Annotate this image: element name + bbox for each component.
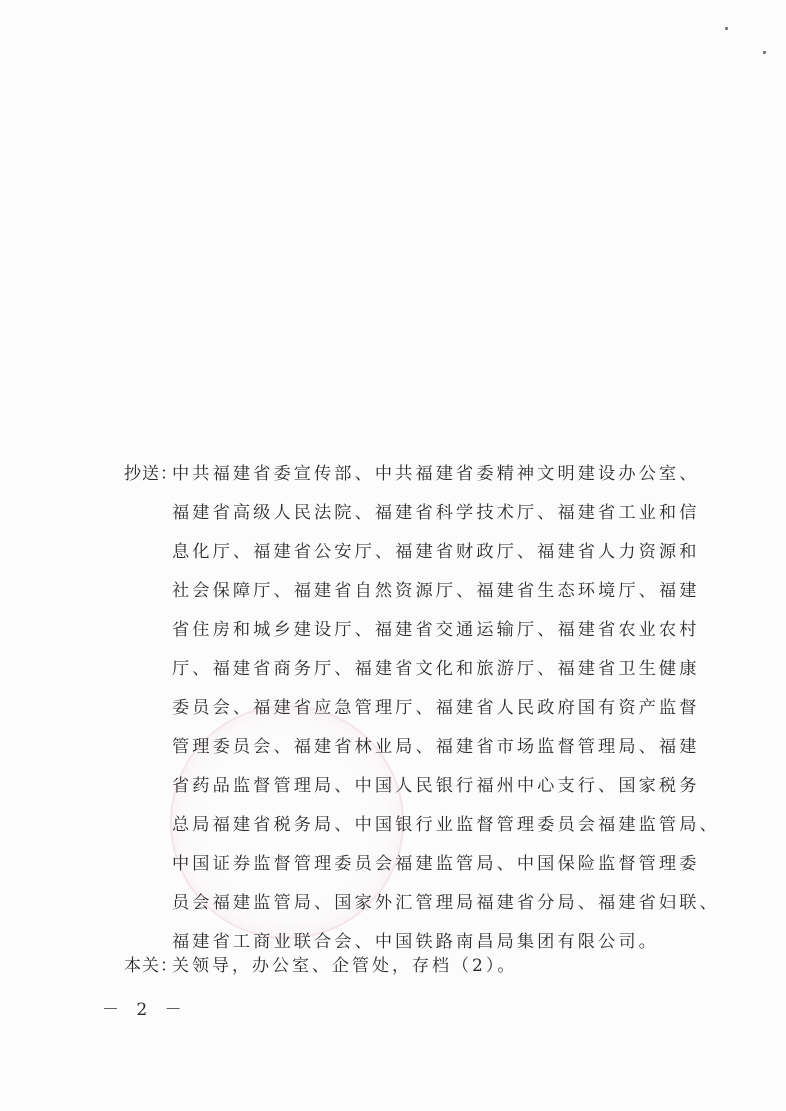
cc-line: 中国证券监督管理委员会福建监管局、中国保险监督管理委 bbox=[172, 845, 720, 884]
cc-line: 总局福建省税务局、中国银行业监督管理委员会福建监管局、 bbox=[172, 806, 720, 845]
cc-line: 省住房和城乡建设厅、福建省交通运输厅、福建省农业农村 bbox=[172, 611, 720, 650]
cc-line: 息化厅、福建省公安厅、福建省财政厅、福建省人力资源和 bbox=[172, 533, 720, 572]
internal-distribution: 本关： 关领导，办公室、企管处，存档（2）。 bbox=[124, 947, 517, 986]
cc-section: 抄送： 中共福建省委宣传部、中共福建省委精神文明建设办公室、 福建省高级人民法院… bbox=[124, 455, 694, 962]
page-number: － 2 － bbox=[102, 995, 188, 1025]
cc-line: 省药品监督管理局、中国人民银行福州中心支行、国家税务 bbox=[172, 767, 720, 806]
document-page: 抄送： 中共福建省委宣传部、中共福建省委精神文明建设办公室、 福建省高级人民法院… bbox=[0, 0, 786, 1111]
internal-value: 关领导，办公室、企管处，存档（2）。 bbox=[172, 947, 517, 986]
cc-label: 抄送： bbox=[124, 455, 172, 494]
cc-line: 员会福建监管局、国家外汇管理局福建省分局、福建省妇联、 bbox=[172, 884, 720, 923]
cc-line: 福建省高级人民法院、福建省科学技术厅、福建省工业和信 bbox=[172, 494, 720, 533]
cc-recipient-list: 中共福建省委宣传部、中共福建省委精神文明建设办公室、 bbox=[172, 455, 699, 494]
internal-label: 本关： bbox=[124, 947, 172, 986]
scan-speck bbox=[763, 51, 766, 54]
scan-speck bbox=[725, 27, 728, 30]
cc-line: 管理委员会、福建省林业局、福建省市场监督管理局、福建 bbox=[172, 728, 720, 767]
cc-line: 社会保障厅、福建省自然资源厅、福建省生态环境厅、福建 bbox=[172, 572, 720, 611]
cc-line: 中共福建省委宣传部、中共福建省委精神文明建设办公室、 bbox=[172, 455, 699, 494]
cc-line: 委员会、福建省应急管理厅、福建省人民政府国有资产监督 bbox=[172, 689, 720, 728]
cc-line: 厅、福建省商务厅、福建省文化和旅游厅、福建省卫生健康 bbox=[172, 650, 720, 689]
